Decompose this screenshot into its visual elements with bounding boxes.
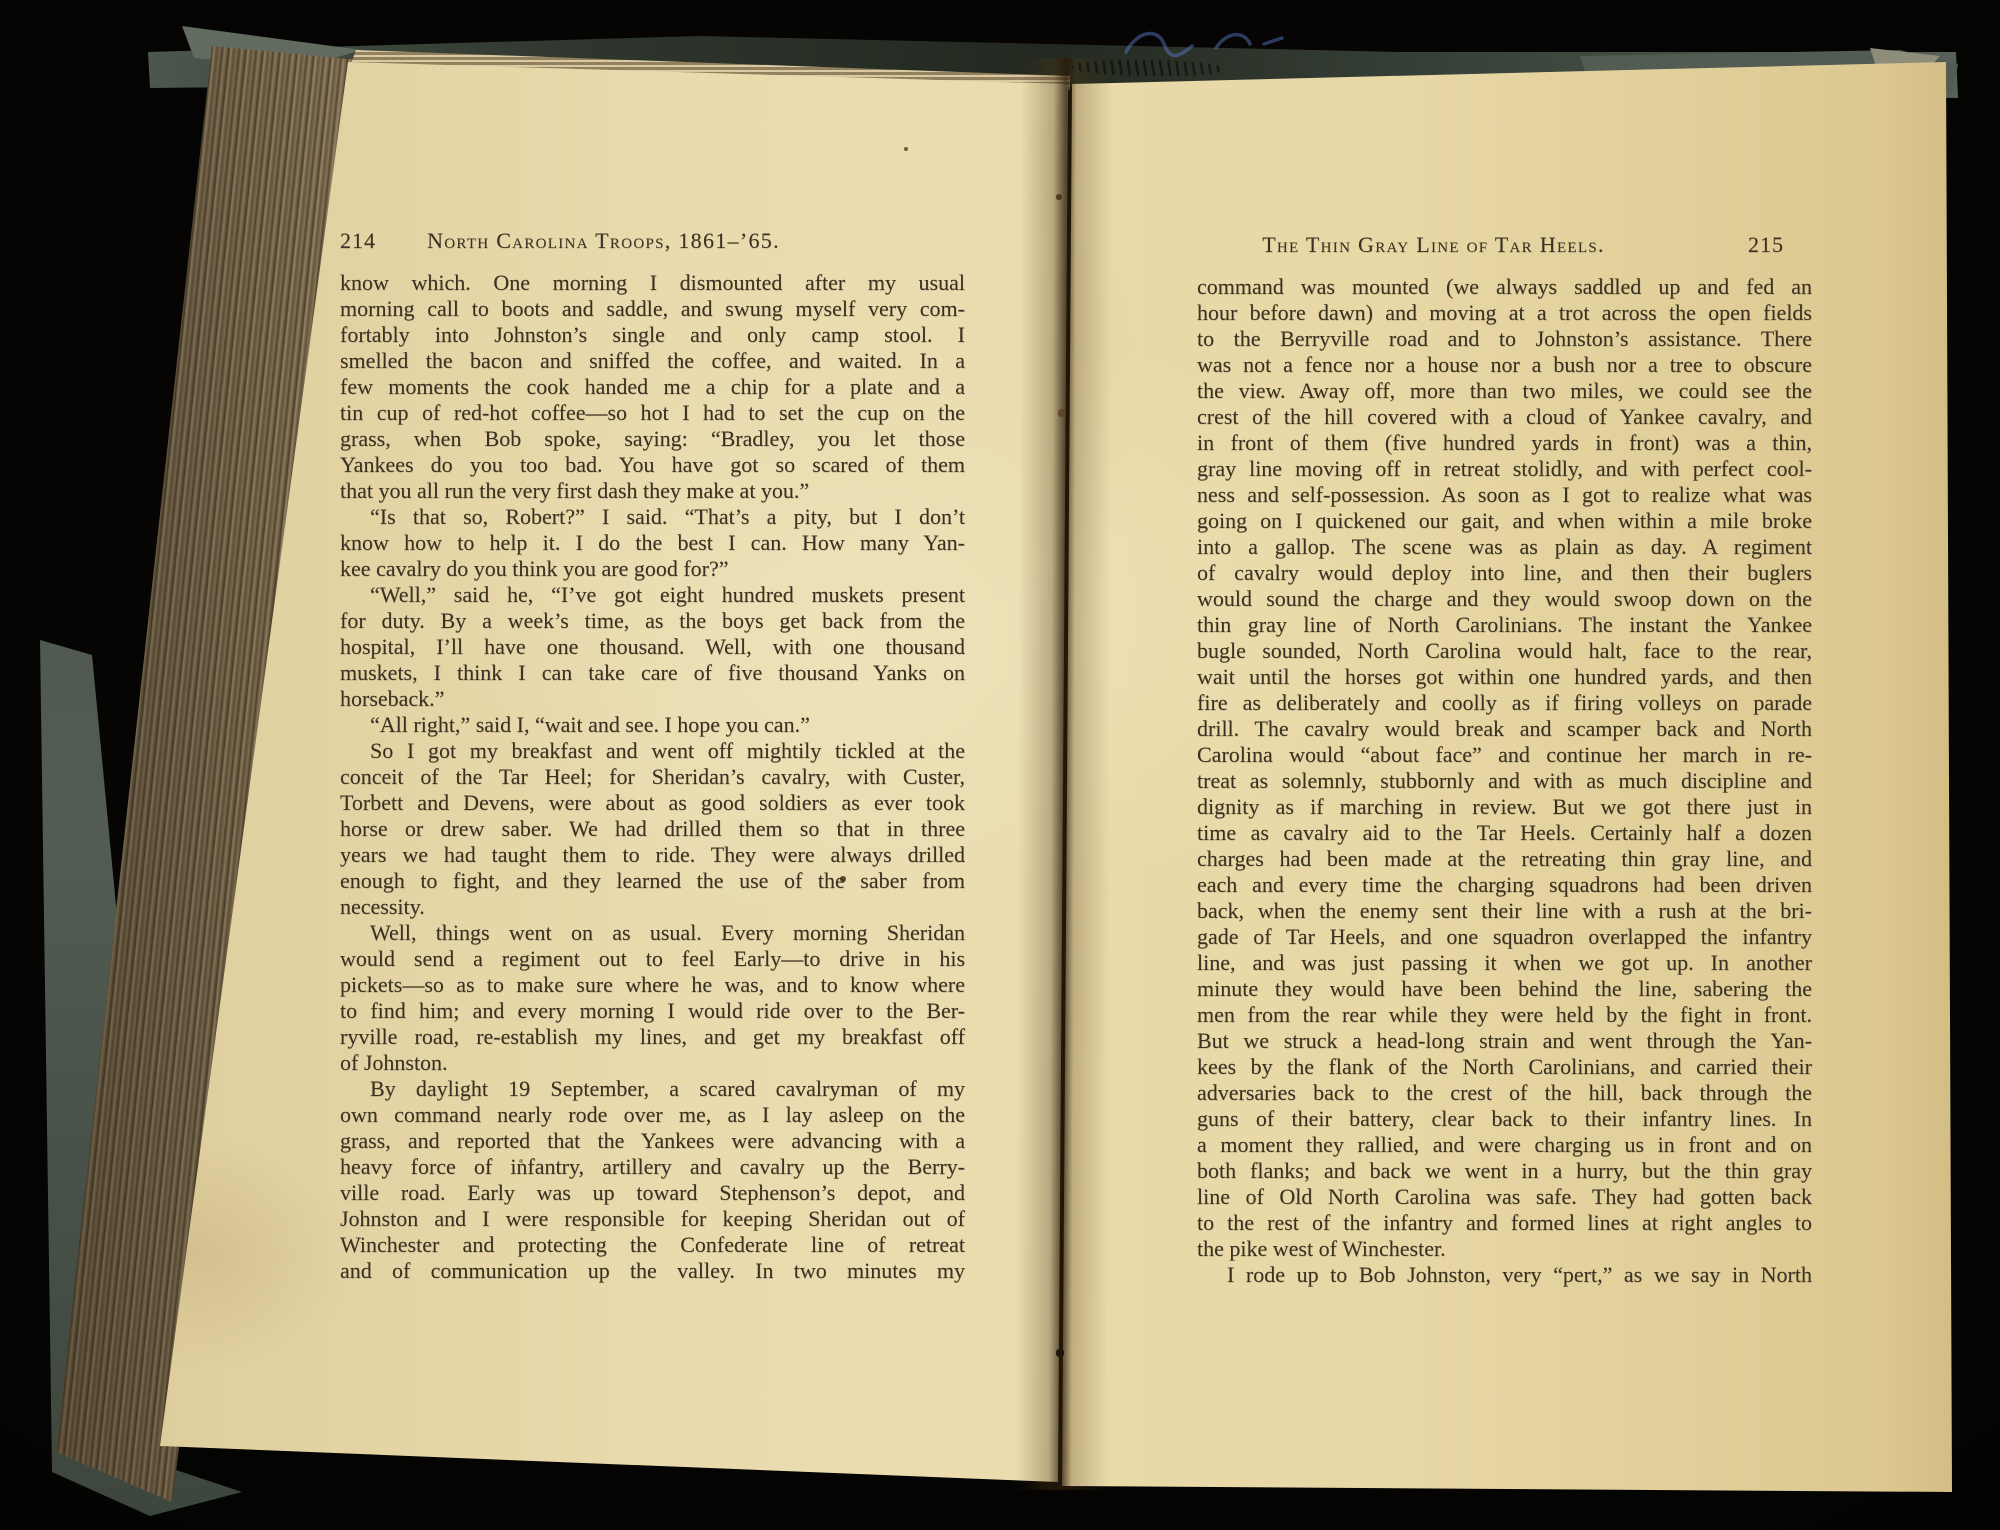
text-line: know how to help it. I do the best I can… [340, 530, 965, 556]
text-line: a moment they rallied, and were charging… [1197, 1132, 1812, 1158]
text-line: into a gallop. The scene was as plain as… [1197, 534, 1812, 560]
text-line: years we had taught them to ride. They w… [340, 842, 965, 868]
text-line: the view. Away off, more than two miles,… [1197, 378, 1812, 404]
text-line: to the Berryville road and to Johnston’s… [1197, 326, 1812, 352]
text-line: going on I quickened our gait, and when … [1197, 508, 1812, 534]
text-line: pickets—so as to make sure where he was,… [340, 972, 965, 998]
text-line: command was mounted (we always saddled u… [1197, 274, 1812, 300]
text-line: hospital, I’ll have one thousand. Well, … [340, 634, 965, 660]
text-line: for duty. By a week’s time, as the boys … [340, 608, 965, 634]
text-line: So I got my breakfast and went off might… [340, 738, 965, 764]
text-line: bugle sounded, North Carolina would halt… [1197, 638, 1812, 664]
text-line: smelled the bacon and sniffed the coffee… [340, 348, 965, 374]
text-line: charges had been made at the retreating … [1197, 846, 1812, 872]
text-line: in front of them (five hundred yards in … [1197, 430, 1812, 456]
text-line: morning call to boots and saddle, and sw… [340, 296, 965, 322]
running-head-right: The Thin Gray Line of Tar Heels. [1126, 232, 1741, 258]
right-page-header: The Thin Gray Line of Tar Heels. 215 [1197, 232, 1812, 262]
text-line: guns of their battery, clear back to the… [1197, 1106, 1812, 1132]
text-line: Well, things went on as usual. Every mor… [340, 920, 965, 946]
text-line: tin cup of red-hot coffee—so hot I had t… [340, 400, 965, 426]
text-line: ness and self-possession. As soon as I g… [1197, 482, 1812, 508]
left-page-body: know which. One morning I dismounted aft… [340, 270, 965, 1284]
text-line: each and every time the charging squadro… [1197, 872, 1812, 898]
text-line: of cavalry would deploy into line, and t… [1197, 560, 1812, 586]
text-line: grass, and reported that the Yankees wer… [340, 1128, 965, 1154]
text-line: I rode up to Bob Johnston, very “pert,” … [1197, 1262, 1812, 1288]
text-line: that you all run the very first dash the… [340, 478, 965, 504]
text-line: By daylight 19 September, a scared caval… [340, 1076, 965, 1102]
text-line: own command nearly rode over me, as I la… [340, 1102, 965, 1128]
text-line: Johnston and I were responsible for keep… [340, 1206, 965, 1232]
text-line: But we struck a head-long strain and wen… [1197, 1028, 1812, 1054]
text-line: was not a fence nor a house nor a bush n… [1197, 352, 1812, 378]
text-line: of Johnston. [340, 1050, 965, 1076]
text-line: crest of the hill covered with a cloud o… [1197, 404, 1812, 430]
text-line: few moments the cook handed me a chip fo… [340, 374, 965, 400]
text-line: would send a regiment out to feel Early—… [340, 946, 965, 972]
text-line: muskets, I think I can take care of five… [340, 660, 965, 686]
text-line: the pike west of Winchester. [1197, 1236, 1812, 1262]
text-line: necessity. [340, 894, 965, 920]
text-line: minute they would have been behind the l… [1197, 976, 1812, 1002]
text-line: line, and was just passing it when we go… [1197, 950, 1812, 976]
text-line: hour before dawn) and moving at a trot a… [1197, 300, 1812, 326]
text-line: gade of Tar Heels, and one squadron over… [1197, 924, 1812, 950]
text-line: Carolina would “about face” and continue… [1197, 742, 1812, 768]
text-line: time as cavalry aid to the Tar Heels. Ce… [1197, 820, 1812, 846]
text-line: know which. One morning I dismounted aft… [340, 270, 965, 296]
text-line: Yankees do you too bad. You have got so … [340, 452, 965, 478]
text-line: Winchester and protecting the Confederat… [340, 1232, 965, 1258]
right-page-text: The Thin Gray Line of Tar Heels. 215 com… [1197, 232, 1812, 1288]
text-line: to find him; and every morning I would r… [340, 998, 965, 1024]
text-line: and of communication up the valley. In t… [340, 1258, 965, 1284]
text-line: “Is that so, Robert?” I said. “That’s a … [340, 504, 965, 530]
text-line: back, when the enemy sent their line wit… [1197, 898, 1812, 924]
text-line: gray line moving off in retreat stolidly… [1197, 456, 1812, 482]
text-line: horseback.” [340, 686, 965, 712]
text-line: heavy force of infantry, artillery and c… [340, 1154, 965, 1180]
paper-specks [0, 0, 2, 2]
text-line: fire as deliberately and coolly as if fi… [1197, 690, 1812, 716]
text-line: treat as solemnly, stubbornly and with a… [1197, 768, 1812, 794]
left-page-text: 214 North Carolina Troops, 1861–’65. kno… [340, 228, 965, 1284]
text-line: kees by the flank of the North Carolinia… [1197, 1054, 1812, 1080]
page-number-right: 215 [1748, 232, 1784, 258]
text-line: line of Old North Carolina was safe. The… [1197, 1184, 1812, 1210]
text-line: would sound the charge and they would sw… [1197, 586, 1812, 612]
text-line: men from the rear while they were held b… [1197, 1002, 1812, 1028]
text-line: thin gray line of North Carolinians. The… [1197, 612, 1812, 638]
text-line: drill. The cavalry would break and scamp… [1197, 716, 1812, 742]
text-line: ryville road, re-establish my lines, and… [340, 1024, 965, 1050]
text-line: kee cavalry do you think you are good fo… [340, 556, 965, 582]
text-line: fortably into Johnston’s single and only… [340, 322, 965, 348]
text-line: “All right,” said I, “wait and see. I ho… [340, 712, 965, 738]
open-book-photo: 214 North Carolina Troops, 1861–’65. kno… [0, 0, 2000, 1530]
text-line: both flanks; and back we went in a hurry… [1197, 1158, 1812, 1184]
text-line: dignity as if marching in review. But we… [1197, 794, 1812, 820]
running-head-left: North Carolina Troops, 1861–’65. [291, 228, 916, 254]
text-line: horse or drew saber. We had drilled them… [340, 816, 965, 842]
book-gutter-shadow [1016, 58, 1113, 1490]
text-line: Torbett and Devens, were about as good s… [340, 790, 965, 816]
text-line: wait until the horses got within one hun… [1197, 664, 1812, 690]
text-line: to the rest of the infantry and formed l… [1197, 1210, 1812, 1236]
text-line: grass, when Bob spoke, saying: “Bradley,… [340, 426, 965, 452]
text-line: enough to fight, and they learned the us… [340, 868, 965, 894]
left-page-header: 214 North Carolina Troops, 1861–’65. [340, 228, 965, 258]
text-line: adversaries back to the crest of the hil… [1197, 1080, 1812, 1106]
handwritten-ink-mark [1118, 18, 1298, 66]
right-page-body: command was mounted (we always saddled u… [1197, 274, 1812, 1288]
text-line: “Well,” said he, “I’ve got eight hundred… [340, 582, 965, 608]
text-line: ville road. Early was up toward Stephens… [340, 1180, 965, 1206]
text-line: conceit of the Tar Heel; for Sheridan’s … [340, 764, 965, 790]
